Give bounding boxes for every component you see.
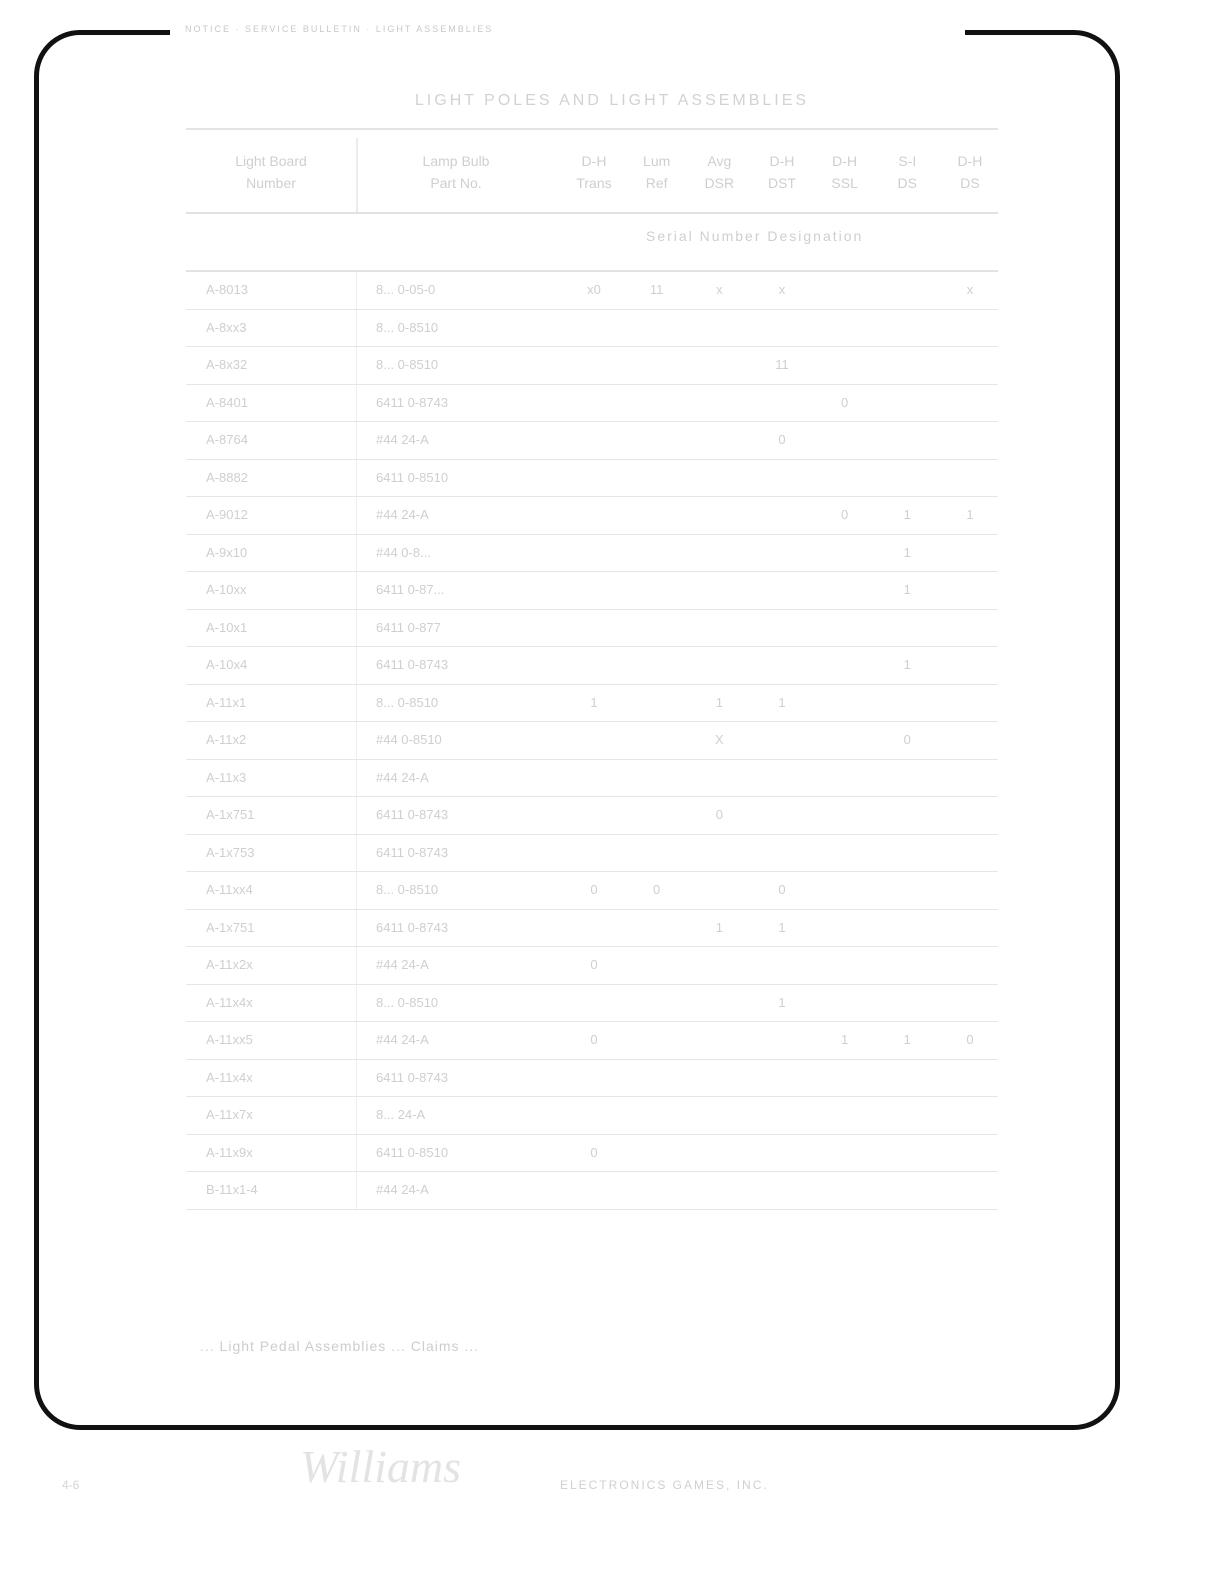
- column-divider: [356, 1135, 357, 1172]
- row-board-number: A-11x4x: [206, 985, 336, 1021]
- row-board-number: A-11x7x: [206, 1097, 336, 1133]
- row-value-cell: [879, 797, 935, 833]
- column-divider: [356, 872, 357, 909]
- footnote: ... Light Pedal Assemblies ... Claims ..…: [200, 1338, 479, 1354]
- row-value-cell: 11: [754, 347, 810, 383]
- row-part-number: #44 24-A: [376, 497, 546, 533]
- column-divider: [356, 310, 357, 347]
- row-values: 1: [566, 535, 998, 571]
- row-value-cell: [691, 535, 747, 571]
- row-board-number: A-8764: [206, 422, 336, 458]
- row-board-number: A-8x32: [206, 347, 336, 383]
- table-header: Light Board Number Lamp Bulb Part No. D-…: [186, 128, 998, 214]
- table-row: A-11xx48... 0-8510000: [186, 872, 998, 910]
- row-value-cell: x: [691, 272, 747, 308]
- row-value-cell: x0: [566, 272, 622, 308]
- header-line: D-H: [942, 150, 998, 172]
- row-value-cell: [942, 872, 998, 908]
- row-value-cell: 0: [942, 1022, 998, 1058]
- table-row: A-1x7516411 0-874311: [186, 910, 998, 948]
- row-value-cell: [817, 910, 873, 946]
- row-part-number: 6411 0-87...: [376, 572, 546, 608]
- row-part-number: #44 24-A: [376, 760, 546, 796]
- header-line: Trans: [566, 172, 622, 194]
- column-divider: [356, 422, 357, 459]
- table-row: A-80138... 0-05-0x011xxx: [186, 272, 998, 310]
- row-value-cell: [942, 797, 998, 833]
- row-part-number: 6411 0-8743: [376, 797, 546, 833]
- header-line: D-H: [817, 150, 873, 172]
- table-row: B-11x1-4#44 24-A: [186, 1172, 998, 1210]
- row-value-cell: [942, 985, 998, 1021]
- row-value-cell: [879, 422, 935, 458]
- row-part-number: #44 24-A: [376, 947, 546, 983]
- row-board-number: A-10xx: [206, 572, 336, 608]
- header-col-5: S-IDS: [879, 150, 935, 194]
- row-board-number: A-11x2x: [206, 947, 336, 983]
- row-value-cell: [691, 985, 747, 1021]
- row-board-number: A-8401: [206, 385, 336, 421]
- header-light-board-number: Light Board Number: [186, 150, 356, 194]
- column-divider: [356, 910, 357, 947]
- brand-logo: Williams: [300, 1440, 461, 1493]
- row-board-number: A-11xx4: [206, 872, 336, 908]
- row-value-cell: [629, 685, 685, 721]
- header-col-3: D-HDST: [754, 150, 810, 194]
- row-board-number: A-10x4: [206, 647, 336, 683]
- row-part-number: #44 0-8...: [376, 535, 546, 571]
- row-value-cell: [691, 497, 747, 533]
- header-line: Part No.: [356, 172, 556, 194]
- row-values: 000: [566, 872, 998, 908]
- row-board-number: A-1x751: [206, 797, 336, 833]
- row-board-number: A-11x3: [206, 760, 336, 796]
- header-col-4: D-HSSL: [817, 150, 873, 194]
- column-divider: [356, 460, 357, 497]
- table-row: A-11x4x6411 0-8743: [186, 1060, 998, 1098]
- row-value-cell: [942, 910, 998, 946]
- header-col-2: AvgDSR: [691, 150, 747, 194]
- row-part-number: 6411 0-877: [376, 610, 546, 646]
- table-row: A-8xx38... 0-8510: [186, 310, 998, 348]
- row-value-cell: [566, 985, 622, 1021]
- row-part-number: #44 24-A: [376, 1022, 546, 1058]
- table-row: A-8x328... 0-851011: [186, 347, 998, 385]
- row-value-cell: [942, 535, 998, 571]
- row-value-cell: 1: [754, 985, 810, 1021]
- row-board-number: A-8882: [206, 460, 336, 496]
- header-col-6: D-HDS: [942, 150, 998, 194]
- header-line: DS: [942, 172, 998, 194]
- row-value-cell: [566, 572, 622, 608]
- row-part-number: 8... 0-8510: [376, 347, 546, 383]
- row-part-number: 6411 0-8510: [376, 1135, 546, 1171]
- row-value-cell: [566, 647, 622, 683]
- row-value-cell: [879, 872, 935, 908]
- row-value-cell: 0: [566, 947, 622, 983]
- row-board-number: A-10x1: [206, 610, 336, 646]
- header-line: Ref: [629, 172, 685, 194]
- row-value-cell: [566, 722, 622, 758]
- row-value-cell: [754, 947, 810, 983]
- row-value-cell: 1: [691, 685, 747, 721]
- row-value-cell: [629, 347, 685, 383]
- row-value-cell: [942, 947, 998, 983]
- table-row: A-1x7516411 0-87430: [186, 797, 998, 835]
- row-part-number: 6411 0-8743: [376, 385, 546, 421]
- row-part-number: 8... 0-8510: [376, 985, 546, 1021]
- row-value-cell: [566, 910, 622, 946]
- row-value-cell: [566, 385, 622, 421]
- row-value-cell: 0: [817, 497, 873, 533]
- row-value-cell: 1: [879, 497, 935, 533]
- header-line: S-I: [879, 150, 935, 172]
- table-row: A-9012#44 24-A011: [186, 497, 998, 535]
- row-part-number: 6411 0-8743: [376, 1060, 546, 1096]
- row-values: X0: [566, 722, 998, 758]
- row-value-cell: [942, 422, 998, 458]
- header-line: SSL: [817, 172, 873, 194]
- row-value-cell: [691, 385, 747, 421]
- row-value-cell: 0: [566, 1022, 622, 1058]
- row-value-cell: [629, 572, 685, 608]
- row-value-cell: [879, 985, 935, 1021]
- header-line: Lum: [629, 150, 685, 172]
- row-value-cell: [629, 647, 685, 683]
- table-row: A-11x3#44 24-A: [186, 760, 998, 798]
- row-value-cell: [629, 385, 685, 421]
- row-value-cell: [754, 572, 810, 608]
- row-part-number: 6411 0-8510: [376, 460, 546, 496]
- row-value-cell: [629, 1135, 685, 1171]
- top-strip-text: NOTICE · SERVICE BULLETIN · LIGHT ASSEMB…: [185, 24, 965, 34]
- row-value-cell: 1: [691, 910, 747, 946]
- row-value-cell: [817, 422, 873, 458]
- row-value-cell: [691, 422, 747, 458]
- row-board-number: A-8013: [206, 272, 336, 308]
- row-value-cell: 0: [566, 1135, 622, 1171]
- table-body: A-80138... 0-05-0x011xxxA-8xx38... 0-851…: [186, 272, 998, 1210]
- row-value-cell: [817, 797, 873, 833]
- row-board-number: A-1x753: [206, 835, 336, 871]
- row-values: 011: [566, 497, 998, 533]
- table-row: A-9x10#44 0-8...1: [186, 535, 998, 573]
- table-row: A-88826411 0-8510: [186, 460, 998, 498]
- row-value-cell: [942, 347, 998, 383]
- row-value-cell: [691, 1022, 747, 1058]
- row-values: 1: [566, 647, 998, 683]
- row-value-cell: X: [691, 722, 747, 758]
- header-line: Lamp Bulb: [356, 150, 556, 172]
- row-values: 0110: [566, 1022, 998, 1058]
- light-assembly-table: Light Board Number Lamp Bulb Part No. D-…: [186, 128, 998, 1210]
- row-part-number: 6411 0-8743: [376, 835, 546, 871]
- column-divider: [356, 835, 357, 872]
- row-value-cell: [566, 535, 622, 571]
- header-lamp-part-number: Lamp Bulb Part No.: [356, 150, 556, 194]
- row-value-cell: [879, 385, 935, 421]
- row-part-number: 6411 0-8743: [376, 647, 546, 683]
- row-value-cell: 0: [566, 872, 622, 908]
- row-value-cell: [629, 947, 685, 983]
- row-value-cell: [879, 1135, 935, 1171]
- row-part-number: 8... 0-8510: [376, 310, 546, 346]
- column-divider: [356, 385, 357, 422]
- row-values: 1: [566, 985, 998, 1021]
- row-value-cell: [566, 347, 622, 383]
- header-col-1: LumRef: [629, 150, 685, 194]
- row-value-cell: 1: [942, 497, 998, 533]
- row-value-cell: [629, 535, 685, 571]
- subheader-label: Serial Number Designation: [646, 228, 863, 244]
- row-value-cell: 0: [879, 722, 935, 758]
- column-divider: [356, 497, 357, 534]
- row-board-number: B-11x1-4: [206, 1172, 336, 1208]
- row-values: 0: [566, 947, 998, 983]
- page-title: LIGHT POLES AND LIGHT ASSEMBLIES: [0, 92, 1224, 110]
- column-divider: [356, 535, 357, 572]
- column-divider: [356, 1022, 357, 1059]
- table-row: A-10xx6411 0-87...1: [186, 572, 998, 610]
- table-row: A-8764#44 24-A0: [186, 422, 998, 460]
- row-value-cell: 0: [691, 797, 747, 833]
- row-value-cell: [754, 1022, 810, 1058]
- row-value-cell: [817, 685, 873, 721]
- row-value-cell: [879, 685, 935, 721]
- header-line: Number: [186, 172, 356, 194]
- column-divider: [356, 572, 357, 609]
- column-divider: [356, 760, 357, 797]
- column-divider: [356, 947, 357, 984]
- row-value-cell: 0: [754, 872, 810, 908]
- row-board-number: A-1x751: [206, 910, 336, 946]
- column-divider: [356, 1172, 357, 1209]
- row-part-number: 8... 0-05-0: [376, 272, 546, 308]
- row-value-cell: 11: [629, 272, 685, 308]
- row-board-number: A-9x10: [206, 535, 336, 571]
- row-board-number: A-11x1: [206, 685, 336, 721]
- header-line: DSR: [691, 172, 747, 194]
- column-divider: [356, 985, 357, 1022]
- row-value-cell: [754, 1135, 810, 1171]
- row-value-cell: 1: [879, 572, 935, 608]
- row-value-cell: [629, 1022, 685, 1058]
- row-value-cell: [942, 1135, 998, 1171]
- row-value-cell: [942, 385, 998, 421]
- row-values: 0: [566, 385, 998, 421]
- column-divider: [356, 1060, 357, 1097]
- column-divider: [356, 347, 357, 384]
- table-row: A-11x4x8... 0-85101: [186, 985, 998, 1023]
- row-value-cell: [942, 722, 998, 758]
- row-value-cell: [754, 647, 810, 683]
- row-value-cell: [754, 797, 810, 833]
- row-value-cell: [942, 685, 998, 721]
- row-value-cell: [691, 572, 747, 608]
- row-value-cell: [566, 497, 622, 533]
- row-value-cell: [817, 647, 873, 683]
- row-value-cell: [629, 422, 685, 458]
- row-value-cell: x: [942, 272, 998, 308]
- row-values: 11: [566, 910, 998, 946]
- row-value-cell: [817, 572, 873, 608]
- row-value-cell: [817, 272, 873, 308]
- row-value-cell: 1: [879, 535, 935, 571]
- brand-subtitle: ELECTRONICS GAMES, INC.: [560, 1478, 769, 1492]
- row-value-cell: [629, 910, 685, 946]
- row-value-cell: 0: [629, 872, 685, 908]
- row-value-cell: [817, 872, 873, 908]
- column-divider: [356, 722, 357, 759]
- row-part-number: #44 24-A: [376, 422, 546, 458]
- header-col-0: D-HTrans: [566, 150, 622, 194]
- header-value-columns: D-HTransLumRefAvgDSRD-HDSTD-HSSLS-IDSD-H…: [566, 150, 998, 194]
- row-value-cell: [817, 947, 873, 983]
- row-value-cell: x: [754, 272, 810, 308]
- row-board-number: A-11x4x: [206, 1060, 336, 1096]
- table-row: A-1x7536411 0-8743: [186, 835, 998, 873]
- row-value-cell: [754, 385, 810, 421]
- row-value-cell: [691, 347, 747, 383]
- row-value-cell: 1: [754, 685, 810, 721]
- header-line: D-H: [566, 150, 622, 172]
- row-part-number: #44 0-8510: [376, 722, 546, 758]
- row-value-cell: 1: [817, 1022, 873, 1058]
- row-values: 0: [566, 422, 998, 458]
- row-value-cell: [754, 722, 810, 758]
- header-line: Light Board: [186, 150, 356, 172]
- row-value-cell: [629, 797, 685, 833]
- table-row: A-11x2x#44 24-A0: [186, 947, 998, 985]
- row-value-cell: [691, 872, 747, 908]
- row-value-cell: 0: [817, 385, 873, 421]
- row-values: 1: [566, 572, 998, 608]
- row-value-cell: 1: [879, 1022, 935, 1058]
- row-value-cell: [691, 1135, 747, 1171]
- row-values: x011xxx: [566, 272, 998, 308]
- row-value-cell: [691, 947, 747, 983]
- row-value-cell: [879, 910, 935, 946]
- table-row: A-11x18... 0-8510111: [186, 685, 998, 723]
- table-row: A-10x46411 0-87431: [186, 647, 998, 685]
- row-value-cell: [942, 572, 998, 608]
- row-board-number: A-11xx5: [206, 1022, 336, 1058]
- row-value-cell: [879, 272, 935, 308]
- row-value-cell: 1: [754, 910, 810, 946]
- row-values: 0: [566, 1135, 998, 1171]
- table-row: A-84016411 0-87430: [186, 385, 998, 423]
- row-value-cell: [691, 647, 747, 683]
- row-value-cell: [629, 497, 685, 533]
- row-value-cell: [942, 647, 998, 683]
- header-line: DS: [879, 172, 935, 194]
- row-part-number: 8... 24-A: [376, 1097, 546, 1133]
- row-value-cell: [817, 985, 873, 1021]
- row-value-cell: [817, 535, 873, 571]
- table-row: A-11x7x8... 24-A: [186, 1097, 998, 1135]
- row-value-cell: [629, 722, 685, 758]
- table-row: A-11xx5#44 24-A0110: [186, 1022, 998, 1060]
- row-values: 11: [566, 347, 998, 383]
- row-value-cell: [566, 797, 622, 833]
- table-row: A-11x2#44 0-8510X0: [186, 722, 998, 760]
- row-value-cell: [879, 347, 935, 383]
- row-value-cell: [879, 947, 935, 983]
- header-line: D-H: [754, 150, 810, 172]
- row-value-cell: [754, 535, 810, 571]
- row-value-cell: [817, 347, 873, 383]
- row-values: 0: [566, 797, 998, 833]
- page-number: 4-6: [62, 1478, 79, 1492]
- table-subheader: Serial Number Designation: [186, 214, 998, 272]
- row-value-cell: [817, 722, 873, 758]
- row-value-cell: [817, 1135, 873, 1171]
- header-line: Avg: [691, 150, 747, 172]
- column-divider: [356, 647, 357, 684]
- row-value-cell: [754, 497, 810, 533]
- row-board-number: A-11x2: [206, 722, 336, 758]
- row-part-number: 8... 0-8510: [376, 685, 546, 721]
- row-board-number: A-8xx3: [206, 310, 336, 346]
- row-board-number: A-9012: [206, 497, 336, 533]
- column-divider: [356, 797, 357, 834]
- row-values: 111: [566, 685, 998, 721]
- row-value-cell: 1: [879, 647, 935, 683]
- table-row: A-10x16411 0-877: [186, 610, 998, 648]
- row-part-number: 6411 0-8743: [376, 910, 546, 946]
- row-board-number: A-11x9x: [206, 1135, 336, 1171]
- row-value-cell: [629, 985, 685, 1021]
- row-value-cell: [566, 422, 622, 458]
- header-line: DST: [754, 172, 810, 194]
- column-divider: [356, 685, 357, 722]
- row-part-number: 8... 0-8510: [376, 872, 546, 908]
- row-value-cell: 0: [754, 422, 810, 458]
- table-row: A-11x9x6411 0-85100: [186, 1135, 998, 1173]
- row-value-cell: 1: [566, 685, 622, 721]
- column-divider: [356, 272, 357, 309]
- column-divider: [356, 610, 357, 647]
- column-divider: [356, 1097, 357, 1134]
- row-part-number: #44 24-A: [376, 1172, 546, 1208]
